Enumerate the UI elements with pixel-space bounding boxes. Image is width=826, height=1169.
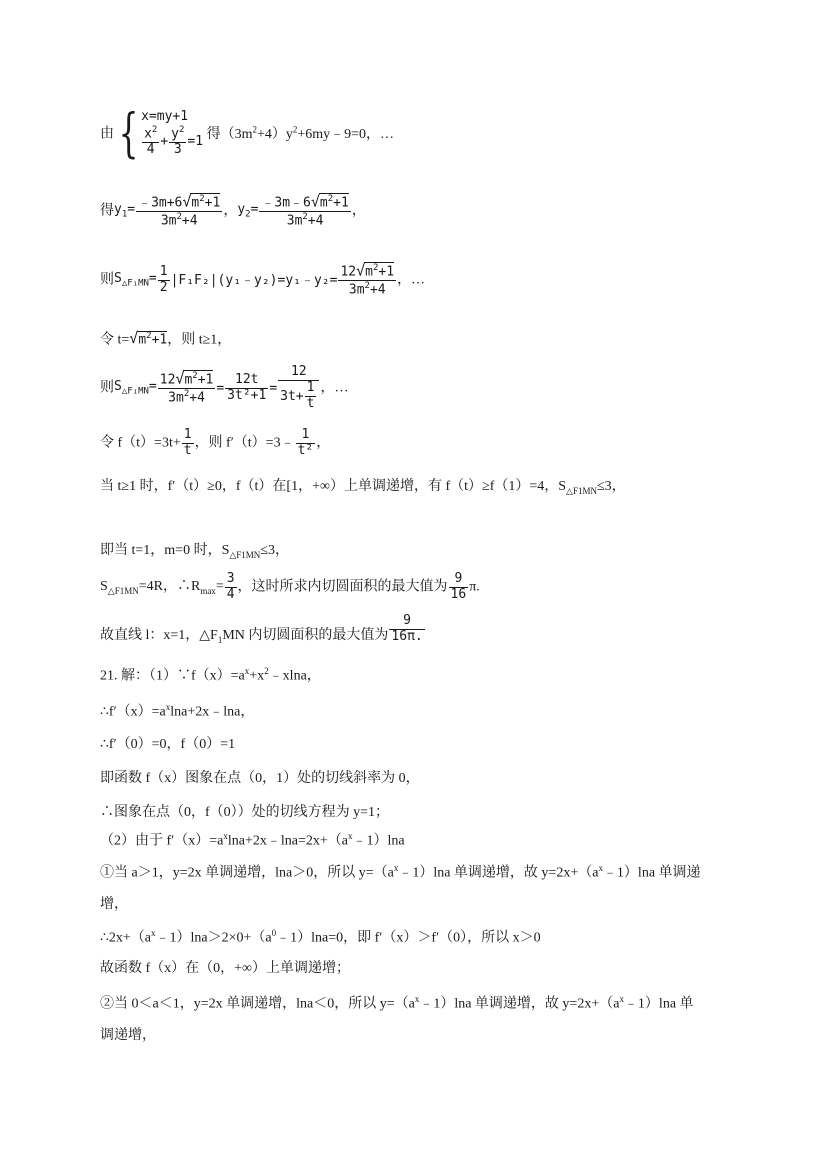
y2-fraction: ﹣3m﹣6√m2+13m2+4 [259, 193, 350, 230]
left-brace: { [119, 108, 139, 160]
area-in-t-line: 则S△F₁MN=12√m2+13m2+4=12t3t²+1=123t+1t，… [100, 365, 348, 412]
roots-line: 得y1=﹣3m+6√m2+13m2+4，y2=﹣3m﹣6√m2+13m2+4， [100, 193, 366, 230]
tangent-line: ∴图象在点（0，f（0））处的切线方程为 y=1； [100, 806, 389, 820]
problem-21-line: 21. 解：（1）∵f（x）=ax+x2﹣xlna， [100, 667, 321, 684]
conclusion-line: 故直线 l：x=1，△F1MN 内切圆面积的最大值为916π. [100, 614, 426, 645]
y1-fraction: ﹣3m+6√m2+13m2+4 [136, 193, 222, 230]
monotonic-line: 当 t≥1 时，f′（t）≥0，f（t）在[1，+∞）上单调递增，有 f（t）≥… [100, 480, 626, 496]
equality-line: 即当 t=1，m=0 时，S△F1MN≤3， [100, 544, 289, 560]
slope-line: 即函数 f（x）图象在点（0，1）处的切线斜率为 0， [100, 772, 420, 786]
substitution-line: 令 t=√m2+1，则 t≥1， [100, 331, 231, 347]
equation-system-line: 由{ x=my+1 x24+y23=1 得（3m2+4）y2+6my﹣9=0，… [100, 108, 394, 160]
system-eq-1: x=my+1 [141, 110, 203, 123]
part-2-line: （2）由于 f′（x）=axlna+2x﹣lna=2x+（ax﹣1）lna [100, 832, 405, 849]
text: 由 [100, 126, 114, 141]
area-line: 则S△F₁MN=12|F₁F₂|(y₁﹣y₂)=y₁﹣y₂=12√m2+13m2… [100, 262, 425, 299]
inequality-line: ∴2x+（ax﹣1）lna＞2×0+（a0﹣1）lna=0，即 f′（x）＞f′… [100, 929, 541, 946]
radius-line: S△F1MN=4R，∴Rmax=34，这时所求内切圆面积的最大值为916π. [100, 572, 480, 603]
area-fraction: 12√m2+13m2+4 [338, 262, 396, 299]
case-2-line: ②当 0＜a＜1，y=2x 单调递增，lna＜0，所以 y=（ax﹣1）lna … [100, 995, 694, 1012]
derivative-line: ∴f′（x）=axlna+2x﹣lna， [100, 703, 254, 720]
case-1-continuation: 增， [100, 898, 128, 912]
equation-system: x=my+1 x24+y23=1 [141, 108, 203, 160]
increasing-conclusion-line: 故函数 f（x）在（0，+∞）上单调递增； [100, 962, 350, 976]
values-at-zero-line: ∴f′（0）=0，f（0）=1 [100, 738, 235, 752]
system-eq-2: x24+y23=1 [141, 125, 203, 158]
case-2-continuation: 调递增， [100, 1029, 156, 1043]
function-def-line: 令 f（t）=3t+1t，则 f′（t）=3﹣1t²， [100, 428, 330, 459]
case-1-line: ①当 a＞1，y=2x 单调递增，lna＞0，所以 y=（ax﹣1）lna 单调… [100, 864, 701, 881]
result-text: 得（3m2+4）y2+6my﹣9=0，… [207, 127, 394, 142]
